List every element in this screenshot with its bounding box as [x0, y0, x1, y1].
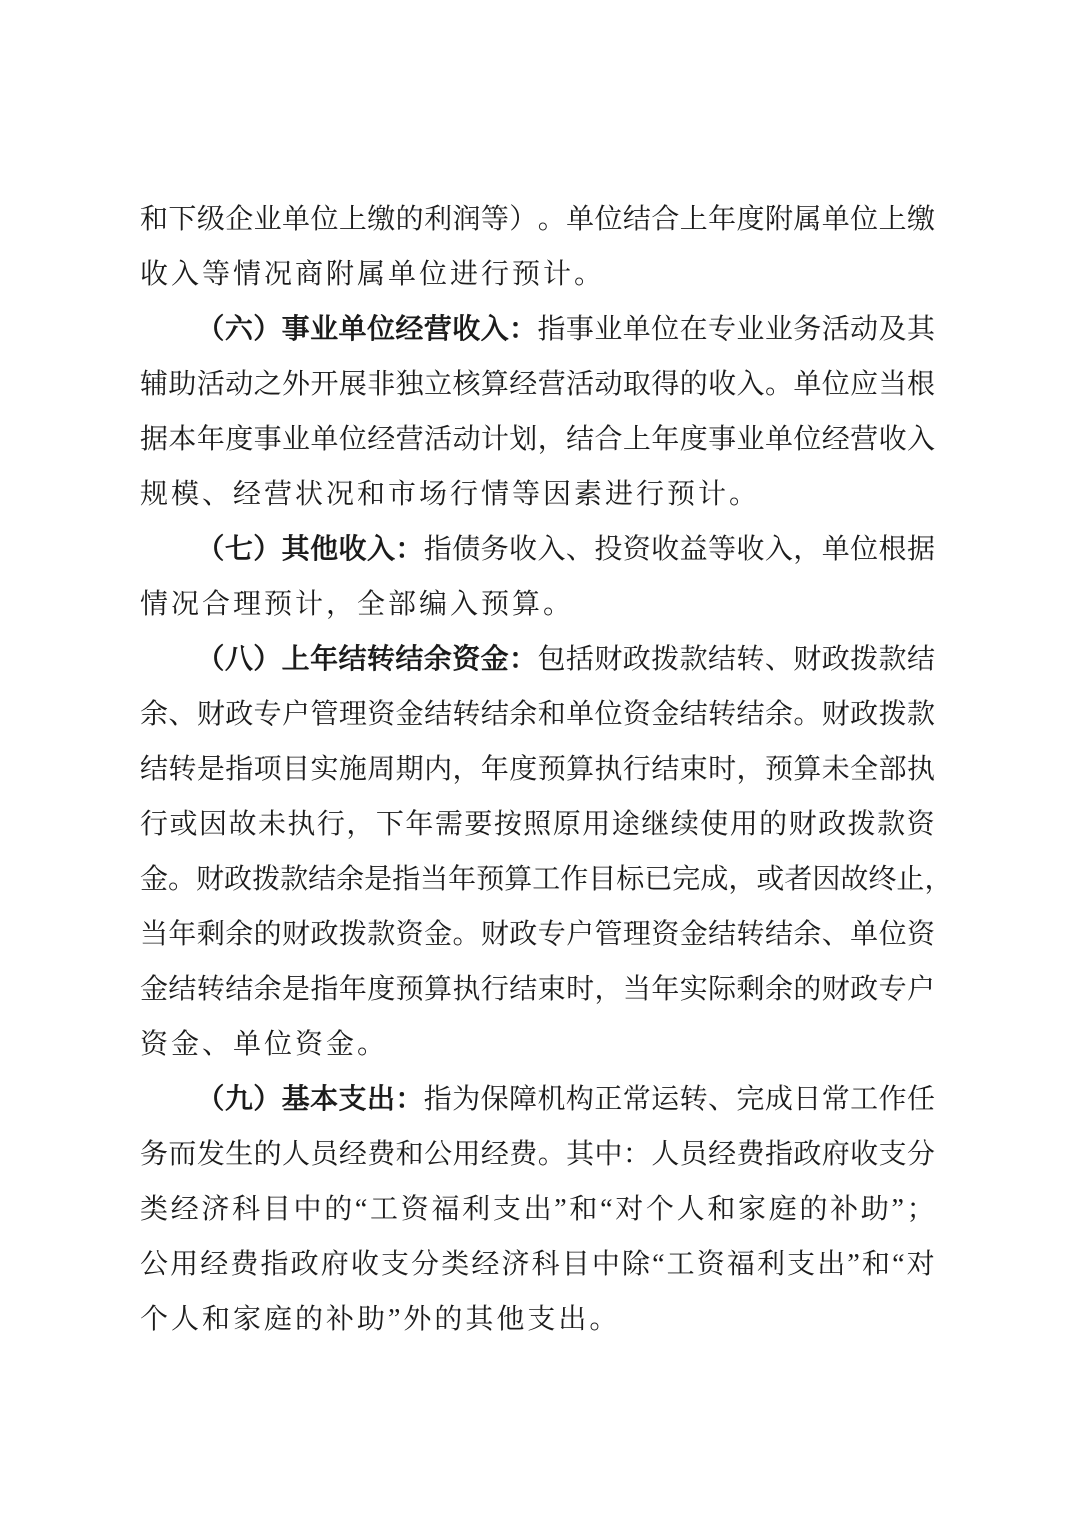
text-line: 余、财政专户管理资金结转结余和单位资金结转结余。财政拨款	[140, 687, 935, 742]
text-line: 辅助活动之外开展非独立核算经营活动取得的收入。单位应当根	[140, 357, 935, 412]
text-line: 结转是指项目实施周期内，年度预算执行结束时，预算未全部执	[140, 742, 935, 797]
text-line: 金。财政拨款结余是指当年预算工作目标已完成，或者因故终止，	[140, 852, 935, 907]
text-line: 类经济科目中的“工资福利支出”和“对个人和家庭的补助”；	[140, 1182, 935, 1237]
text-line: 规模、经营状况和市场行情等因素进行预计。	[140, 467, 935, 522]
text-line: 收入等情况商附属单位进行预计。	[140, 247, 935, 302]
text-line: 据本年度事业单位经营活动计划，结合上年度事业单位经营收入	[140, 412, 935, 467]
text-line: 当年剩余的财政拨款资金。财政专户管理资金结转结余、单位资	[140, 907, 935, 962]
text-line: （九）基本支出：指为保障机构正常运转、完成日常工作任	[140, 1072, 935, 1127]
text-line: 个人和家庭的补助”外的其他支出。	[140, 1292, 935, 1347]
text-line: 务而发生的人员经费和公用经费。其中：人员经费指政府收支分	[140, 1127, 935, 1182]
paragraph-indent	[140, 632, 196, 687]
document-body: 和下级企业单位上缴的利润等）。单位结合上年度附属单位上缴收入等情况商附属单位进行…	[140, 192, 935, 1347]
text-line: 金结转结余是指年度预算执行结束时，当年实际剩余的财政专户	[140, 962, 935, 1017]
document-page: 和下级企业单位上缴的利润等）。单位结合上年度附属单位上缴收入等情况商附属单位进行…	[0, 0, 1074, 1520]
text-line: （七）其他收入：指债务收入、投资收益等收入，单位根据	[140, 522, 935, 577]
text-line: 资金、单位资金。	[140, 1017, 935, 1072]
paragraph-indent	[140, 302, 196, 357]
text-line: 情况合理预计，全部编入预算。	[140, 577, 935, 632]
paragraph-indent	[140, 522, 196, 577]
text-line: （六）事业单位经营收入：指事业单位在专业业务活动及其	[140, 302, 935, 357]
paragraph-indent	[140, 1072, 196, 1127]
text-line: 和下级企业单位上缴的利润等）。单位结合上年度附属单位上缴	[140, 192, 935, 247]
text-line: （八）上年结转结余资金：包括财政拨款结转、财政拨款结	[140, 632, 935, 687]
text-line: 行或因故未执行，下年需要按照原用途继续使用的财政拨款资	[140, 797, 935, 852]
text-line: 公用经费指政府收支分类经济科目中除“工资福利支出”和“对	[140, 1237, 935, 1292]
